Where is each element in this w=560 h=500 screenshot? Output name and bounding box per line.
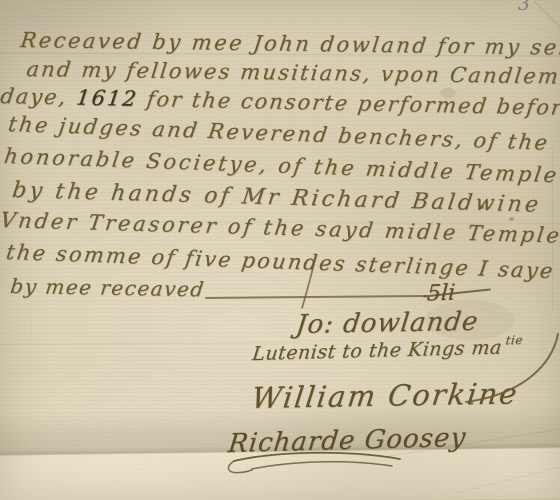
line3-year: 1612	[75, 86, 139, 111]
diagonal-crease-corner	[457, 463, 560, 493]
signature-corkine: William Corkine	[250, 376, 521, 415]
folio-number: 3	[518, 0, 530, 15]
manuscript-line-2: and my fellowes musitians, vpon Candlema…	[25, 57, 560, 89]
manuscript-line-9: by mee receaved	[9, 274, 206, 301]
signature-dowland-title: Lutenist to the Kings matie	[251, 333, 524, 365]
rust-stain	[509, 217, 514, 221]
line3-word-daye: daye,	[0, 84, 69, 109]
line3-rest: for the consorte performed before	[145, 87, 560, 120]
dowland-title-superscript: tie	[505, 333, 524, 347]
manuscript-page: 3 Receaved by mee John dowland for my se…	[0, 0, 560, 500]
sum-dash-rule	[205, 295, 427, 299]
dowland-title-text: Lutenist to the Kings ma	[251, 336, 503, 365]
goosey-underline-2	[252, 462, 392, 469]
goosey-underline-loop	[228, 461, 252, 473]
manuscript-line-1: Receaved by mee John dowland for my self…	[19, 28, 560, 60]
signature-goosey: Richarde Goosey	[227, 423, 468, 459]
corner-fold-line	[534, 1, 560, 27]
